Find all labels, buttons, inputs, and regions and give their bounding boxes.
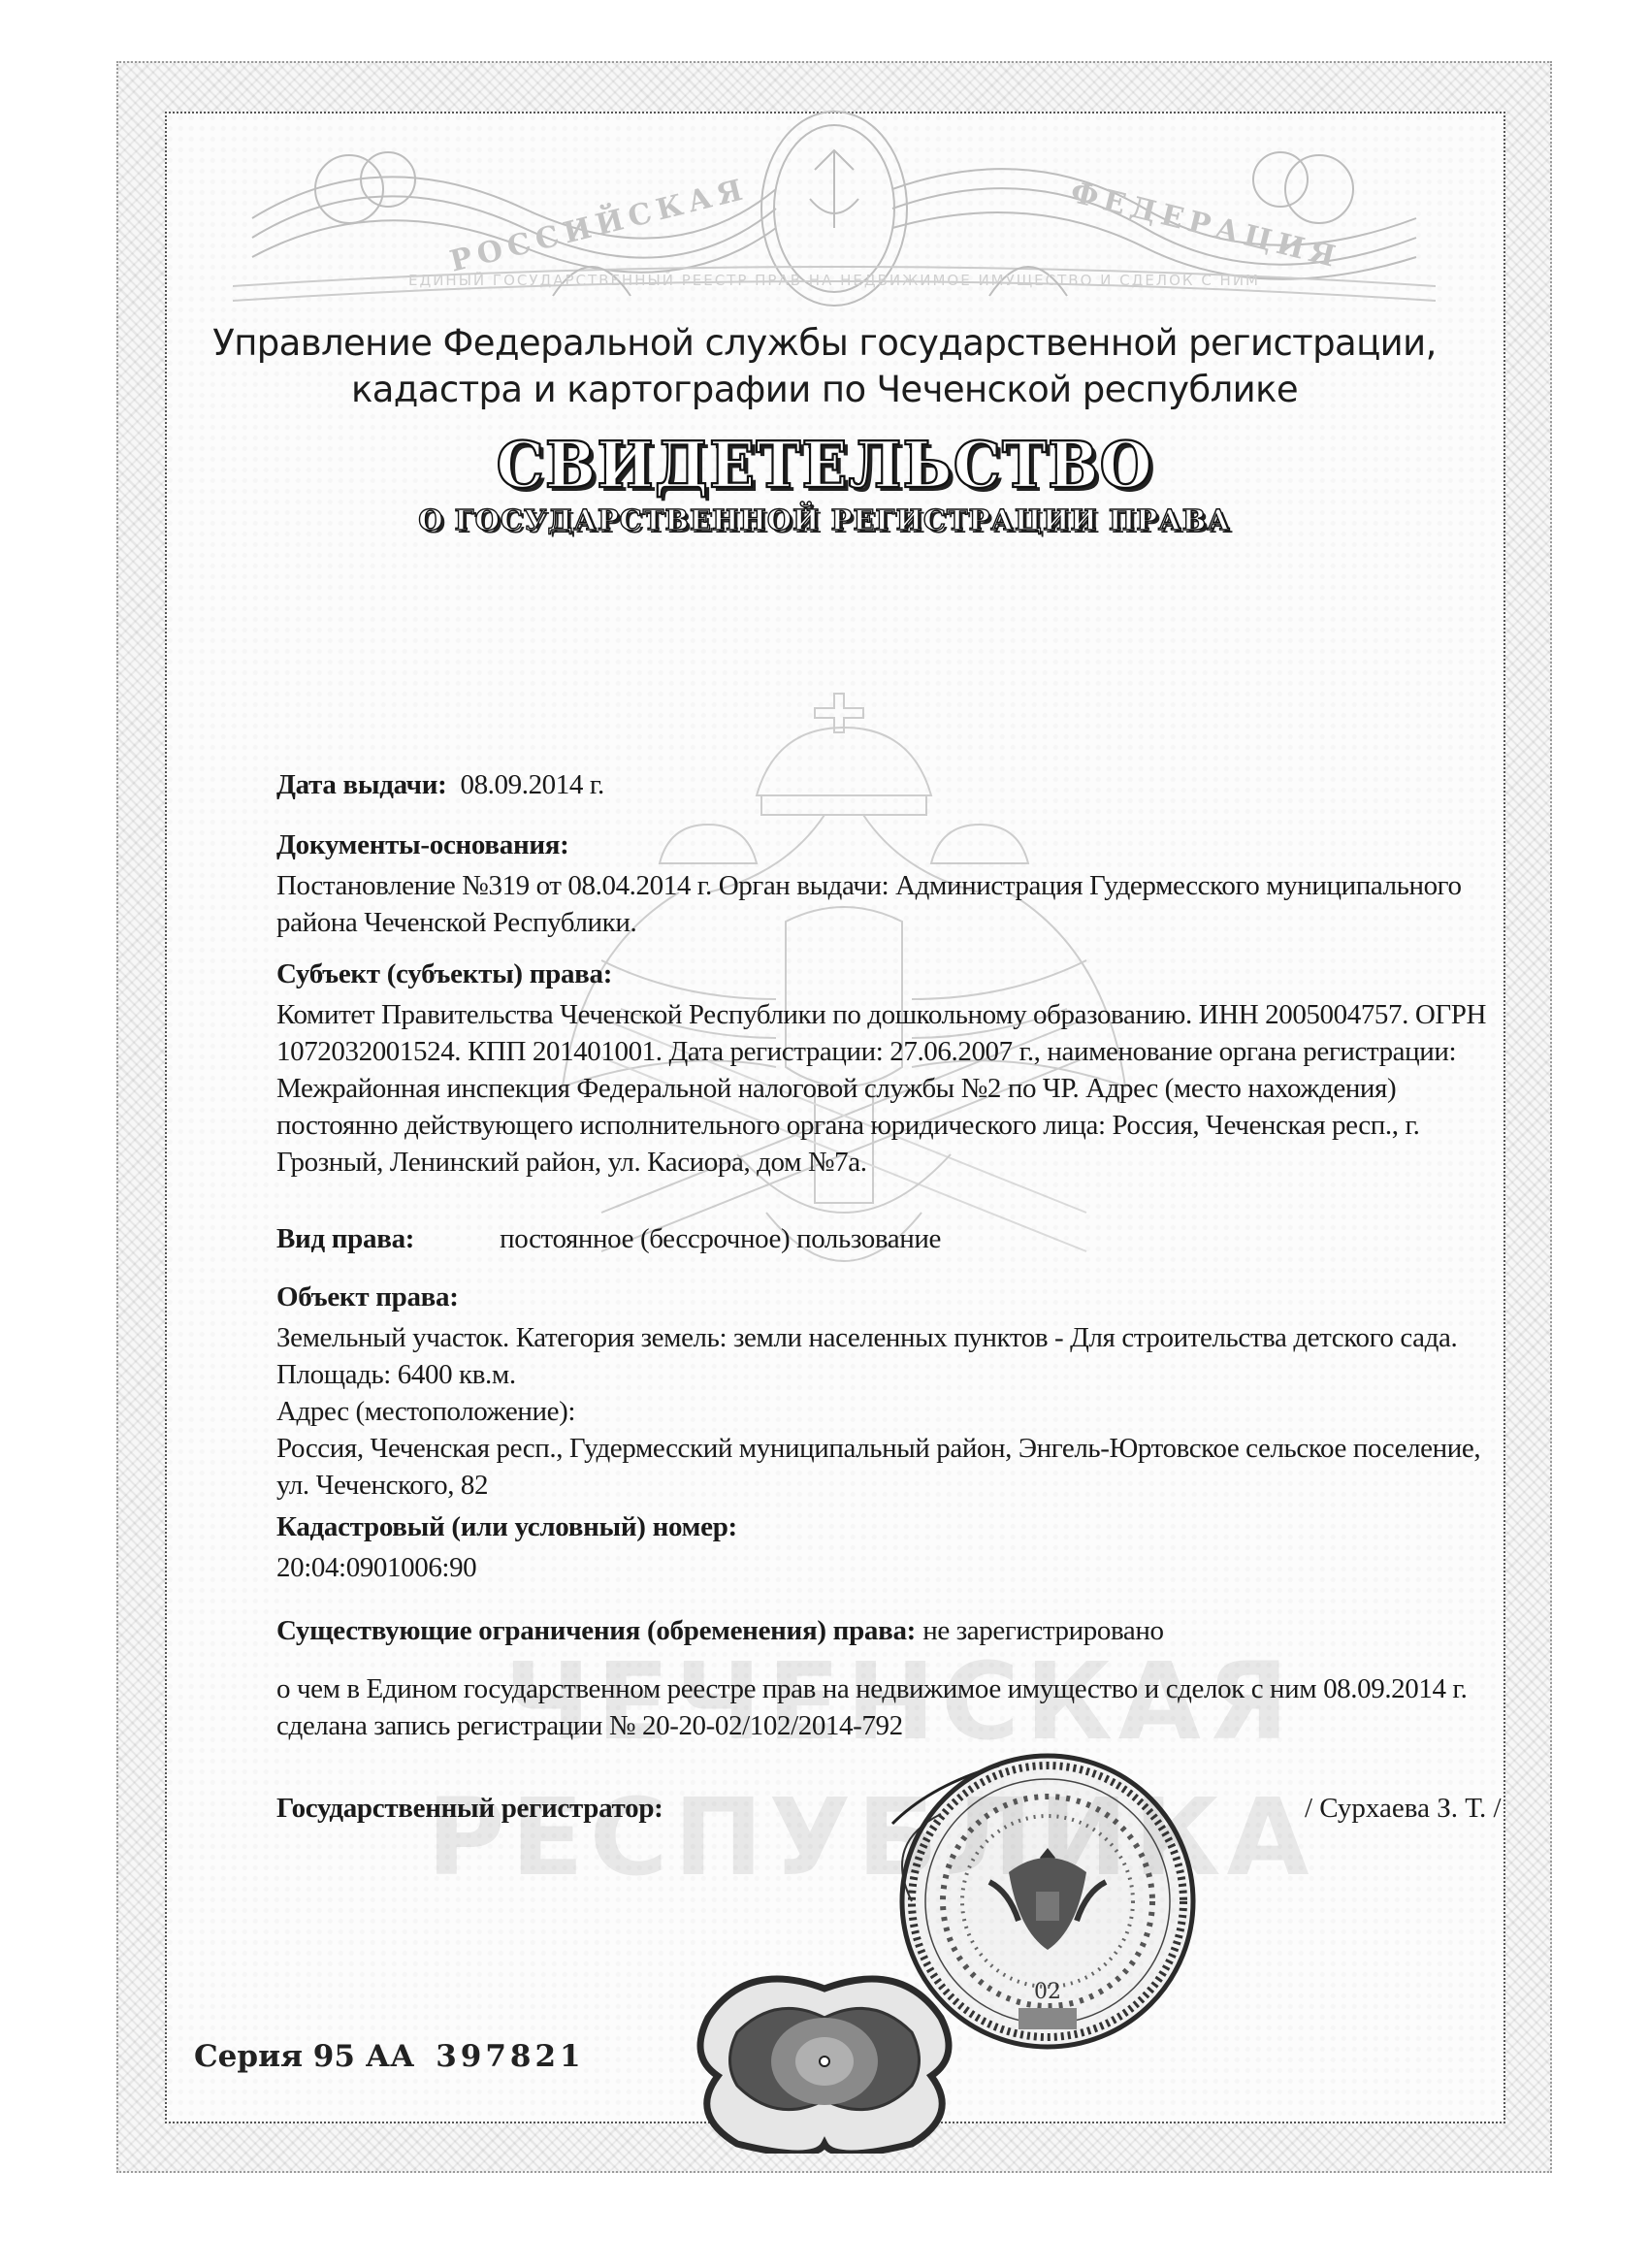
banner-ribbon-text: ЕДИНЫЙ ГОСУДАРСТВЕННЫЙ РЕЕСТР ПРАВ НА НЕ…: [349, 272, 1319, 289]
subjects-value: Комитет Правительства Чеченской Республи…: [276, 996, 1489, 1181]
object-label: Объект права:: [276, 1279, 1489, 1315]
registry-record-note: о чем в Едином государственном реестре п…: [276, 1670, 1489, 1744]
cadastral-number-value: 20:04:0901006:90: [276, 1549, 1489, 1586]
issue-date-label: Дата выдачи:: [276, 769, 446, 800]
object-address: Россия, Чеченская респ., Гудермесский му…: [276, 1430, 1489, 1504]
certificate-subtitle: О ГОСУДАРСТВЕННОЙ РЕГИСТРАЦИИ ПРАВА: [194, 502, 1455, 537]
object-details: Земельный участок. Категория земель: зем…: [276, 1319, 1489, 1504]
encumbrances-field: Существующие ограничения (обременения) п…: [276, 1612, 1489, 1649]
certificate-title: СВИДЕТЕЛЬСТВО: [194, 430, 1455, 502]
blank-number: 397821: [436, 2039, 584, 2074]
subjects-label: Субъект (субъекты) права:: [276, 956, 1489, 992]
basis-documents-label: Документы-основания:: [276, 826, 1489, 863]
cadastral-number-label: Кадастровый (или условный) номер:: [276, 1508, 1489, 1545]
series-label: Серия 95 АА: [194, 2039, 414, 2074]
issue-date-field: Дата выдачи:08.09.2014 г.: [276, 766, 1489, 803]
authority-line-1: Управление Федеральной службы государств…: [194, 320, 1455, 367]
series-number: Серия 95 АА397821: [194, 2037, 585, 2076]
object-address-label: Адрес (местоположение):: [276, 1393, 1489, 1430]
encumbrances-value: не зарегистрировано: [922, 1615, 1163, 1646]
basis-documents-value: Постановление №319 от 08.04.2014 г. Орга…: [276, 867, 1489, 941]
right-kind-label: Вид права:: [276, 1223, 414, 1254]
top-ornament-banner: РОССИЙСКАЯ ФЕДЕРАЦИЯ ЕДИНЫЙ ГОСУДАРСТВЕН…: [233, 102, 1436, 310]
guilloche-rosette-icon: [669, 1960, 980, 2154]
right-kind-value: постоянное (бессрочное) пользование: [500, 1223, 941, 1254]
registrar-name: / Сурхаева З. Т. /: [1305, 1790, 1502, 1827]
issue-date-value: 08.09.2014 г.: [460, 769, 603, 800]
issuing-authority: Управление Федеральной службы государств…: [194, 320, 1455, 413]
authority-line-2: кадастра и картографии по Чеченской респ…: [194, 367, 1455, 413]
svg-text:02: 02: [1034, 1980, 1061, 2004]
encumbrances-label: Существующие ограничения (обременения) п…: [276, 1615, 916, 1646]
right-kind-field: Вид права:постоянное (бессрочное) пользо…: [276, 1220, 1489, 1257]
object-description: Земельный участок. Категория земель: зем…: [276, 1319, 1489, 1393]
